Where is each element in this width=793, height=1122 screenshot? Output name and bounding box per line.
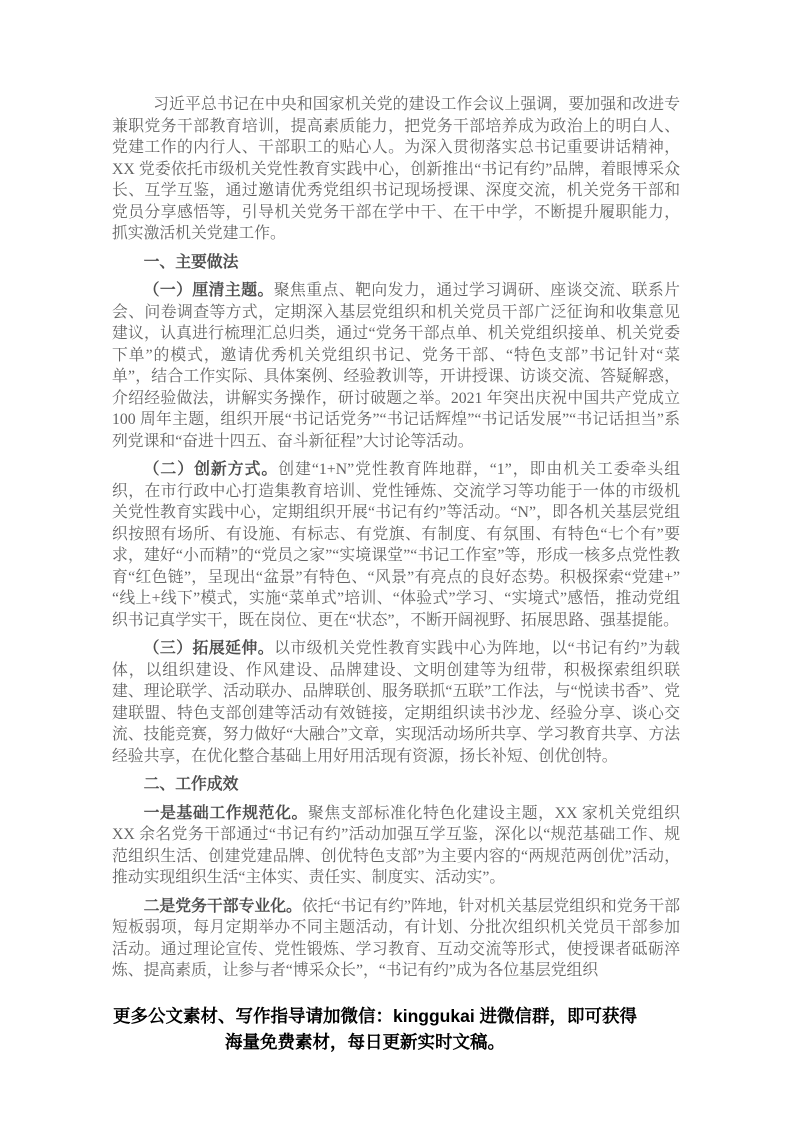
document-page: 习近平总书记在中央和国家机关党的建设工作会议上强调，要加强和改进专兼职党务干部教… — [0, 0, 793, 1122]
paragraph-4-lead: 一是基础工作规范化。 — [144, 805, 308, 822]
paragraph-1-lead: （一）厘清主题。 — [144, 282, 274, 299]
section-1-paragraph-3: （三）拓展延伸。以市级机关党性教育实践中心为阵地，以“书记有约”为载体，以组织建… — [112, 638, 680, 767]
paragraph-2-text: 创建“1+N”党性教育阵地群，“1”，即由机关工委牵头组织，在市行政中心打造集教… — [112, 461, 680, 629]
paragraph-3-lead: （三）拓展延伸。 — [144, 640, 274, 657]
section-2-paragraph-1: 一是基础工作规范化。聚焦支部标准化特色化建设主题，XX 家机关党组织XX 余名党… — [112, 803, 680, 889]
paragraph-1-text: 聚焦重点、靶向发力，通过学习调研、座谈交流、联系片会、问卷调查等方式，定期深入基… — [112, 282, 680, 450]
section-1-paragraph-2: （二）创新方式。创建“1+N”党性教育阵地群，“1”，即由机关工委牵头组织，在市… — [112, 459, 680, 631]
paragraph-2-lead: （二）创新方式。 — [144, 461, 279, 478]
intro-paragraph: 习近平总书记在中央和国家机关党的建设工作会议上强调，要加强和改进专兼职党务干部教… — [112, 94, 680, 245]
section-2-paragraph-2: 二是党务干部专业化。依托“书记有约”阵地，针对机关基层党组织和党务干部短板弱项，… — [112, 896, 680, 982]
document-body: 习近平总书记在中央和国家机关党的建设工作会议上强调，要加强和改进专兼职党务干部教… — [112, 94, 680, 989]
section-1-heading: 一、主要做法 — [112, 252, 680, 274]
footer-promo: 更多公文素材、写作指导请加微信：kinggukai 进微信群，即可获得 海量免费… — [113, 1003, 617, 1055]
footer-line-1: 更多公文素材、写作指导请加微信：kinggukai 进微信群，即可获得 — [113, 1003, 617, 1029]
footer-line-2: 海量免费素材，每日更新实时文稿。 — [113, 1029, 617, 1055]
section-2-heading: 二、工作成效 — [112, 774, 680, 796]
section-1-paragraph-1: （一）厘清主题。聚焦重点、靶向发力，通过学习调研、座谈交流、联系片会、问卷调查等… — [112, 280, 680, 452]
paragraph-5-lead: 二是党务干部专业化。 — [144, 898, 302, 915]
paragraph-3-text: 以市级机关党性教育实践中心为阵地，以“书记有约”为载体，以组织建设、作风建设、品… — [112, 640, 680, 765]
